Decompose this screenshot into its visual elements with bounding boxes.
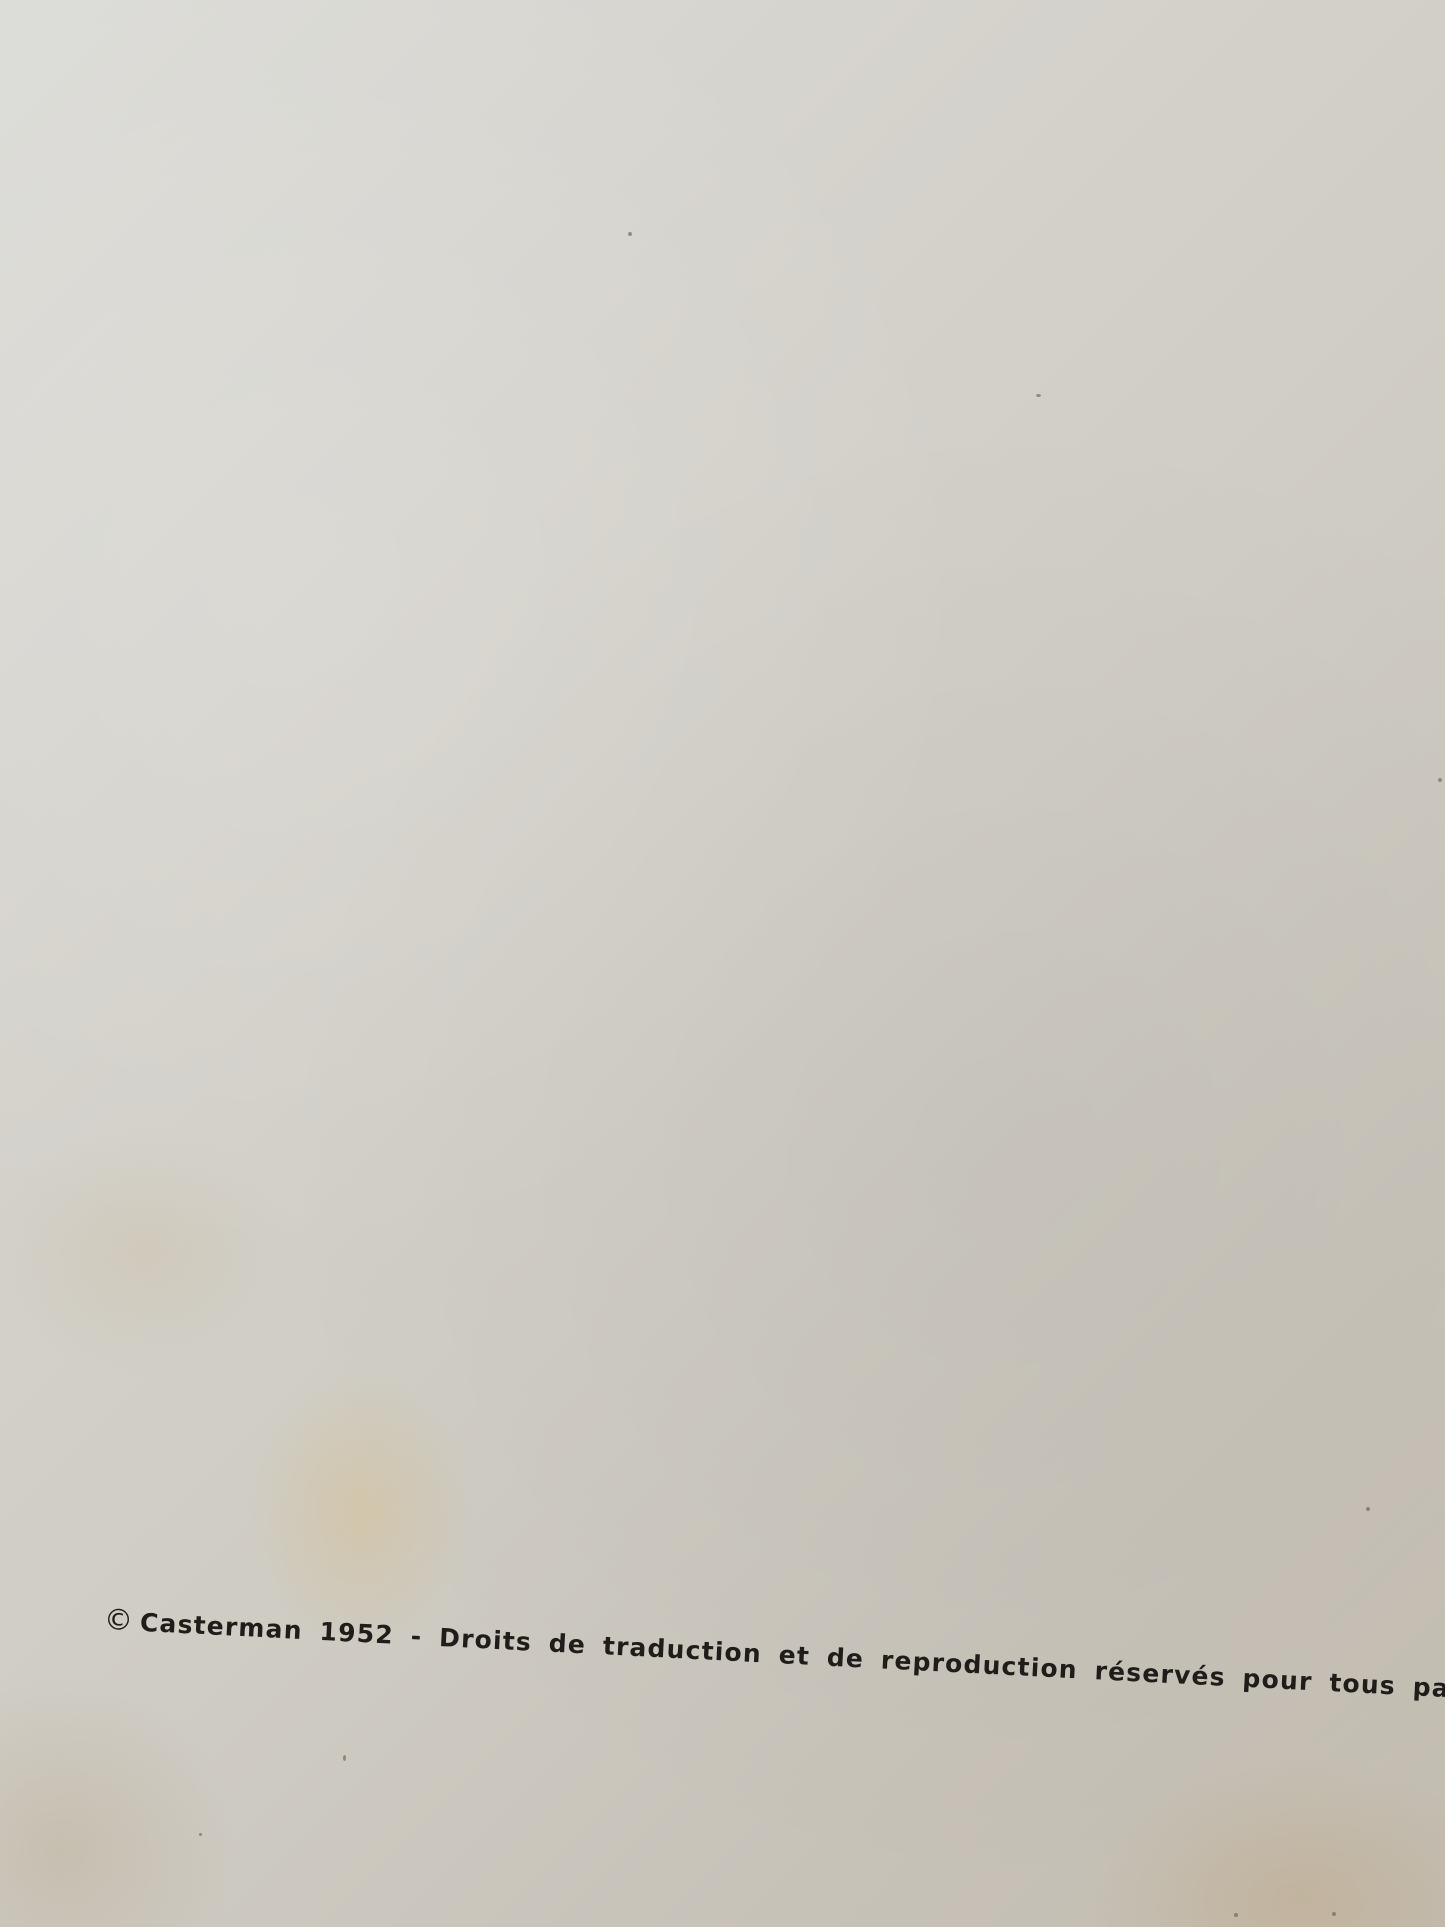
paper-speck (1366, 1507, 1370, 1511)
paper-speck (1438, 778, 1442, 782)
paper-speck (1036, 394, 1041, 397)
paper-speck (1234, 1913, 1238, 1917)
paper-speck (1332, 1912, 1336, 1916)
copyright-symbol: © (103, 1602, 135, 1637)
paper-speck (343, 1755, 346, 1761)
paper-speck (199, 1833, 202, 1836)
paper-speck (628, 232, 632, 236)
